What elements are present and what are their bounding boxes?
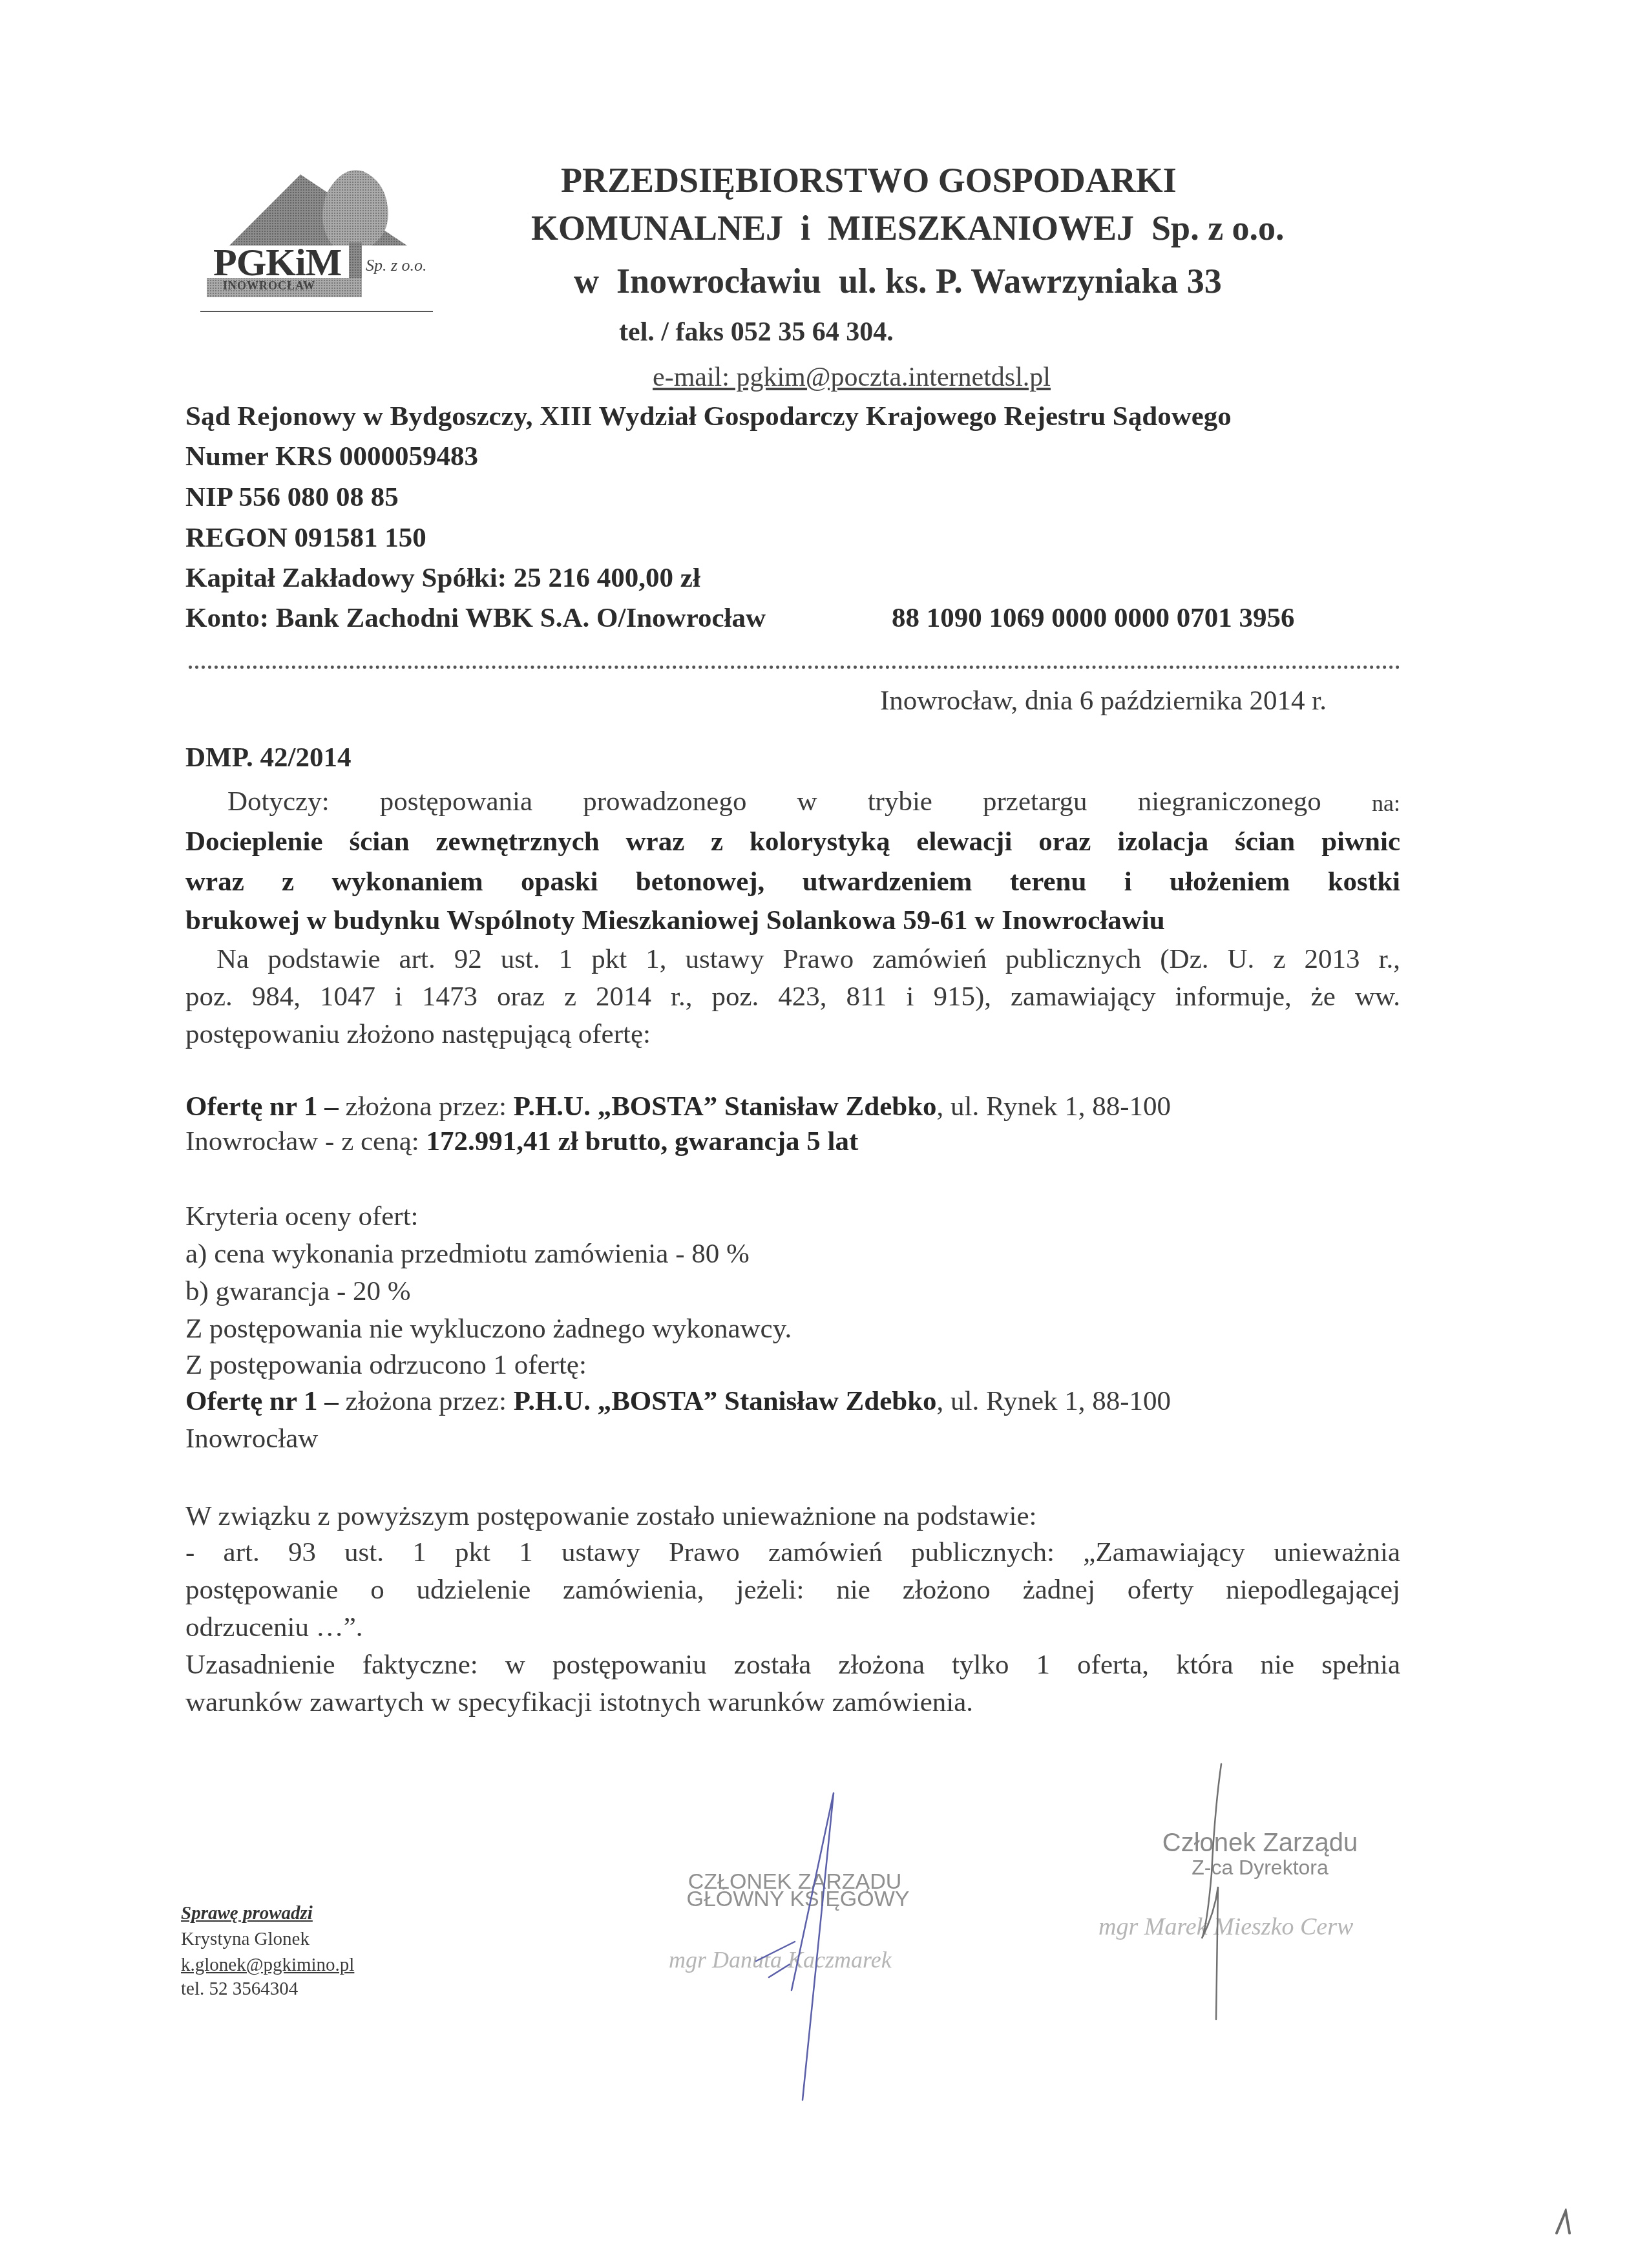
offer-submitted-by: złożona przez: — [346, 1386, 507, 1416]
company-address: w Inowrocławiu ul. ks. P. Wawrzyniaka 33 — [574, 261, 1222, 301]
regon-number: REGON 091581 150 — [185, 522, 426, 554]
offer-price-line: Inowrocław - z ceną: 172.991,41 zł brutt… — [185, 1126, 1400, 1157]
share-capital: Kapitał Zakładowy Spółki: 25 216 400,00 … — [185, 562, 700, 594]
logo-mark-icon — [194, 155, 439, 323]
signature-icon — [1189, 1758, 1241, 2029]
legal-basis-line-2: poz. 984, 1047 i 1473 oraz z 2014 r., po… — [185, 981, 1400, 1017]
reference-number: DMP. 42/2014 — [185, 742, 351, 773]
criteria-heading: Kryteria oceny ofert: — [185, 1201, 1400, 1232]
rejected-offer-city: Inowrocław — [185, 1423, 1400, 1454]
offer-submitted-by: złożona przez: — [346, 1091, 507, 1122]
subject-intro: Dotyczy: postępowania prowadzonego w try… — [185, 786, 1400, 817]
date-line: Inowrocław, dnia 6 października 2014 r. — [880, 685, 1327, 717]
stamp-line-2: Z-ca Dyrektora — [1150, 1856, 1370, 1880]
subject-word: w — [797, 786, 817, 817]
subject-title-line-1: Docieplenie ścian zewnętrznych wraz z ko… — [185, 826, 1400, 862]
logo-legal-form: Sp. z o.o. — [366, 256, 427, 275]
subject-word: Dotyczy: — [227, 786, 330, 817]
company-phone: tel. / faks 052 35 64 304. — [619, 317, 894, 348]
offer-price: 172.991,41 zł brutto, gwarancja 5 lat — [426, 1126, 858, 1157]
conclusion-line-6: warunków zawartych w specyfikacji istotn… — [185, 1686, 1400, 1718]
criteria-item: a) cena wykonania przedmiotu zamówienia … — [185, 1238, 1400, 1270]
conclusion-line-4: odrzuceniu …”. — [185, 1612, 1400, 1643]
conclusion-line-1: W związku z powyższym postępowanie zosta… — [185, 1500, 1400, 1532]
handwritten-page-mark-icon — [1554, 2209, 1573, 2234]
subject-word: niegraniczonego — [1138, 786, 1321, 817]
bank-name: Konto: Bank Zachodni WBK S.A. O/Inowrocł… — [185, 602, 766, 634]
offer-line: Ofertę nr 1 – złożona przez: P.H.U. „BOS… — [185, 1091, 1400, 1122]
legal-basis-line-3: postępowaniu złożono następującą ofertę: — [185, 1018, 1400, 1050]
contact-heading: Sprawę prowadzi — [181, 1903, 313, 1924]
subject-word: postępowania — [380, 786, 532, 817]
conclusion-line-3: postępowanie o udzielenie zamówienia, je… — [185, 1574, 1400, 1610]
offer-company: P.H.U. „BOSTA” Stanisław Zdebko — [514, 1386, 937, 1416]
contact-email-link[interactable]: k.glonek@pgkimino.pl — [181, 1955, 354, 1976]
conclusion-line-2: - art. 93 ust. 1 pkt 1 ustawy Prawo zamó… — [185, 1537, 1400, 1573]
krs-number: Numer KRS 0000059483 — [185, 441, 478, 472]
offer-price-prefix: Inowrocław - z ceną: — [185, 1126, 419, 1157]
subject-word: prowadzonego — [583, 786, 746, 817]
subject-word: trybie — [868, 786, 932, 817]
contact-name: Krystyna Glonek — [181, 1929, 310, 1950]
company-name-line-2: KOMUNALNEJ i MIESZKANIOWEJ Sp. z o.o. — [531, 208, 1285, 248]
logo-brand-text: PGKiM — [213, 240, 341, 285]
subject-word: na: — [1372, 790, 1400, 817]
page-number — [1554, 2209, 1573, 2242]
nip-number: NIP 556 080 08 85 — [185, 481, 399, 513]
rejected-offer-line: Ofertę nr 1 – złożona przez: P.H.U. „BOS… — [185, 1385, 1400, 1417]
court-registration: Sąd Rejonowy w Bydgoszczy, XIII Wydział … — [185, 401, 1232, 432]
excluded-statement: Z postępowania nie wykluczono żadnego wy… — [185, 1313, 1400, 1345]
subject-word: przetargu — [983, 786, 1087, 817]
subject-title-line-2: wraz z wykonaniem opaski betonowej, utwa… — [185, 866, 1400, 902]
subject-title-line-3: brukowej w budynku Wspólnoty Mieszkaniow… — [185, 905, 1400, 936]
bank-account-number: 88 1090 1069 0000 0000 0701 3956 — [892, 602, 1295, 634]
rejected-statement: Z postępowania odrzucono 1 ofertę: — [185, 1349, 1400, 1381]
offer-company: P.H.U. „BOSTA” Stanisław Zdebko — [514, 1091, 937, 1122]
criteria-item: b) gwarancja - 20 % — [185, 1276, 1400, 1307]
offer-label: Ofertę nr 1 – — [185, 1091, 339, 1122]
offer-street: , ul. Rynek 1, 88-100 — [937, 1091, 1171, 1122]
stamp-line-1: Członek Zarządu — [1131, 1829, 1389, 1858]
contact-phone: tel. 52 3564304 — [181, 1979, 298, 2000]
logo-city-text: INOWROCŁAW — [223, 279, 315, 293]
dotted-separator — [189, 666, 1400, 669]
company-email-link[interactable]: e-mail: pgkim@poczta.internetdsl.pl — [653, 362, 1051, 393]
conclusion-line-5: Uzasadnienie faktyczne: w postępowaniu z… — [185, 1649, 1400, 1685]
offer-street: , ul. Rynek 1, 88-100 — [937, 1386, 1171, 1416]
company-name-line-1: PRZEDSIĘBIORSTWO GOSPODARKI — [561, 160, 1177, 200]
signature-icon — [743, 1783, 846, 2106]
offer-label: Ofertę nr 1 – — [185, 1386, 339, 1416]
legal-basis-line-1: Na podstawie art. 92 ust. 1 pkt 1, ustaw… — [185, 943, 1400, 980]
